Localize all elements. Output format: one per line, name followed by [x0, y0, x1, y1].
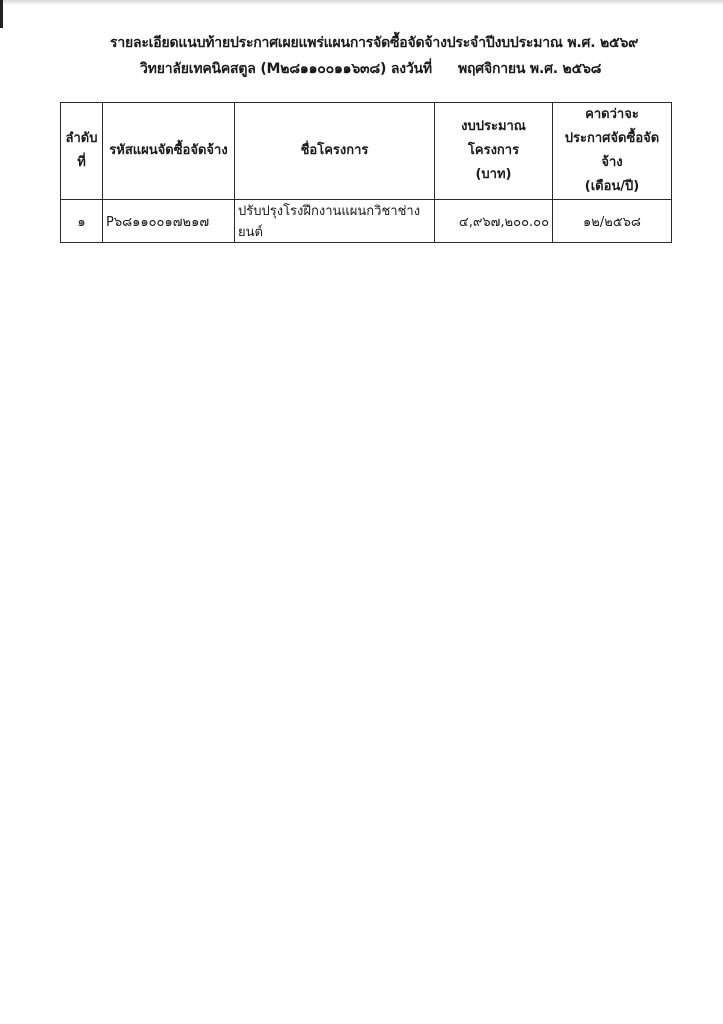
procurement-plan-table: ลำดับที่ รหัสแผนจัดซื้อจัดจ้าง ชื่อโครงก… [60, 102, 672, 243]
header-project-name: ชื่อโครงการ [235, 103, 435, 200]
table-header-row: ลำดับที่ รหัสแผนจัดซื้อจัดจ้าง ชื่อโครงก… [61, 103, 672, 200]
header-budget-line1: งบประมาณโครงการ [438, 115, 549, 163]
document-subtitle: วิทยาลัยเทคนิคสตูล (M๒๘๑๑๐๐๑๑๖๓๘) ลงวันท… [140, 58, 620, 80]
cell-no: ๑ [61, 200, 103, 243]
header-expected-announce: คาดว่าจะ ประกาศจัดซื้อจัดจ้าง (เดือน/ปี) [553, 103, 672, 200]
cell-expected-announce: ๑๒/๒๕๖๘ [553, 200, 672, 243]
cell-budget: ๔,๙๖๗,๒๐๐.๐๐ [435, 200, 553, 243]
header-announce-line2: ประกาศจัดซื้อจัดจ้าง [556, 127, 668, 175]
cell-project-name: ปรับปรุงโรงฝึกงานแผนกวิชาช่างยนต์ [235, 200, 435, 243]
header-no: ลำดับที่ [61, 103, 103, 200]
scan-edge-left [0, 0, 3, 28]
header-budget-line2: (บาท) [438, 163, 549, 187]
header-budget: งบประมาณโครงการ (บาท) [435, 103, 553, 200]
college-and-date-label: วิทยาลัยเทคนิคสตูล (M๒๘๑๑๐๐๑๑๖๓๘) ลงวันท… [140, 61, 432, 77]
scan-edge-top [0, 0, 723, 6]
header-announce-line3: (เดือน/ปี) [556, 175, 668, 199]
header-plan-code: รหัสแผนจัดซื้อจัดจ้าง [103, 103, 235, 200]
table-row: ๑ P๖๘๑๑๐๐๑๗๒๑๗ ปรับปรุงโรงฝึกงานแผนกวิชา… [61, 200, 672, 243]
header-announce-line1: คาดว่าจะ [556, 103, 668, 127]
announcement-month-year: พฤศจิกายน พ.ศ. ๒๕๖๘ [458, 61, 601, 77]
cell-plan-code: P๖๘๑๑๐๐๑๗๒๑๗ [103, 200, 235, 243]
document-title: รายละเอียดแนบท้ายประกาศเผยแพร่แผนการจัดซ… [110, 32, 670, 54]
